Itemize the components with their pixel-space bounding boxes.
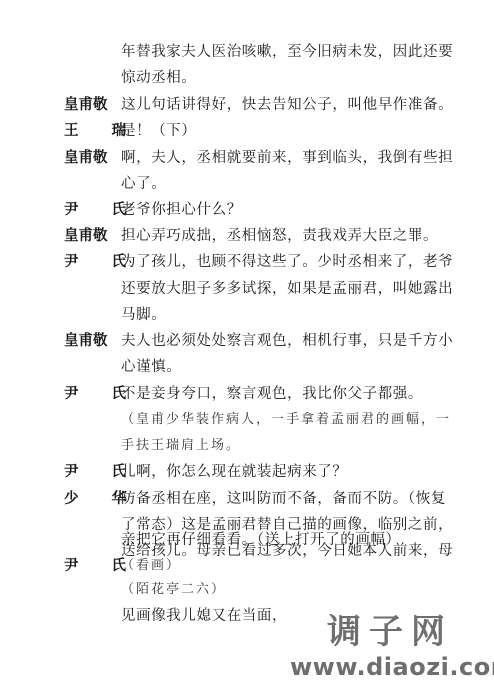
stage-direction-text: 手扶王瑞肩上场。 [121, 436, 241, 456]
speaker-name: 皇甫敬 [64, 331, 114, 351]
speaker-name: 尹 氏 [64, 252, 114, 272]
script-page: 年替我家夫人医治咳嗽，至今旧病未发，因此还要 惊动丞相。 皇甫敬 这儿句话讲得好… [0, 0, 494, 690]
dialogue-text: 是！（下） [121, 121, 197, 141]
speaker-name: 尹 氏 [64, 462, 114, 482]
speaker-name: 尹 氏 [64, 556, 114, 576]
speaker-name: 王 瑞 [64, 121, 114, 141]
dialogue-text: 马脚。 [121, 305, 166, 325]
tune-name-text: （陌花亭二六） [121, 580, 226, 600]
dialogue-text: 老爷你担心什么？ [121, 200, 242, 220]
speaker-name: 皇甫敬 [64, 95, 114, 115]
site-watermark: 调子网 www.diaozi.com [290, 612, 490, 682]
dialogue-text: 儿啊，你怎么现在就装起病来了？ [121, 462, 348, 482]
dialogue-text: 夫人也必须处处察言观色，相机行事，只是千方小 [121, 331, 453, 351]
dialogue-text: 年替我家夫人医治咳嗽，至今旧病未发，因此还要 [121, 42, 453, 62]
dialogue-text: 啊，夫人，丞相就要前来，事到临头，我倒有些担 [121, 148, 453, 168]
speaker-name: 少 华 [64, 489, 114, 509]
speaker-name: 尹 氏 [64, 384, 114, 404]
dialogue-text: 心谨慎。 [121, 357, 181, 377]
dialogue-text: 防备丞相在座，这叫防而不备，备而不防。（恢复 [121, 489, 446, 509]
dialogue-text: 这儿句话讲得好，快去告知公子，叫他早作准备。 [121, 95, 453, 115]
speaker-name: 皇甫敬 [64, 226, 114, 246]
stage-direction-text: （看画） [121, 556, 181, 576]
speaker-name: 皇甫敬 [64, 148, 114, 168]
dialogue-text: 心了。 [121, 174, 166, 194]
stage-direction-text: （皇甫少华装作病人，一手拿着孟丽君的画幅，一 [121, 410, 451, 430]
dialogue-text: 还要放大胆子多多试探，如果是孟丽君，叫她露出 [121, 279, 453, 299]
dialogue-text: 不是妾身夸口，察言观色，我比你父子都强。 [121, 384, 423, 404]
dialogue-text: 亲把它再仔细看看。（送上打开了的画幅） [121, 530, 401, 550]
lyric-text: 见画像我儿媳又在当面， [121, 606, 287, 626]
dialogue-text: 担心弄巧成拙，丞相恼怒，责我戏弄大臣之罪。 [121, 226, 438, 246]
dialogue-text: 惊动丞相。 [121, 68, 197, 88]
watermark-title: 调子网 [290, 612, 490, 652]
watermark-url: www.diaozi.com [290, 652, 490, 682]
dialogue-text: 为了孩儿，也顾不得这些了。少时丞相来了，老爷 [121, 252, 453, 272]
speaker-name: 尹 氏 [64, 200, 114, 220]
